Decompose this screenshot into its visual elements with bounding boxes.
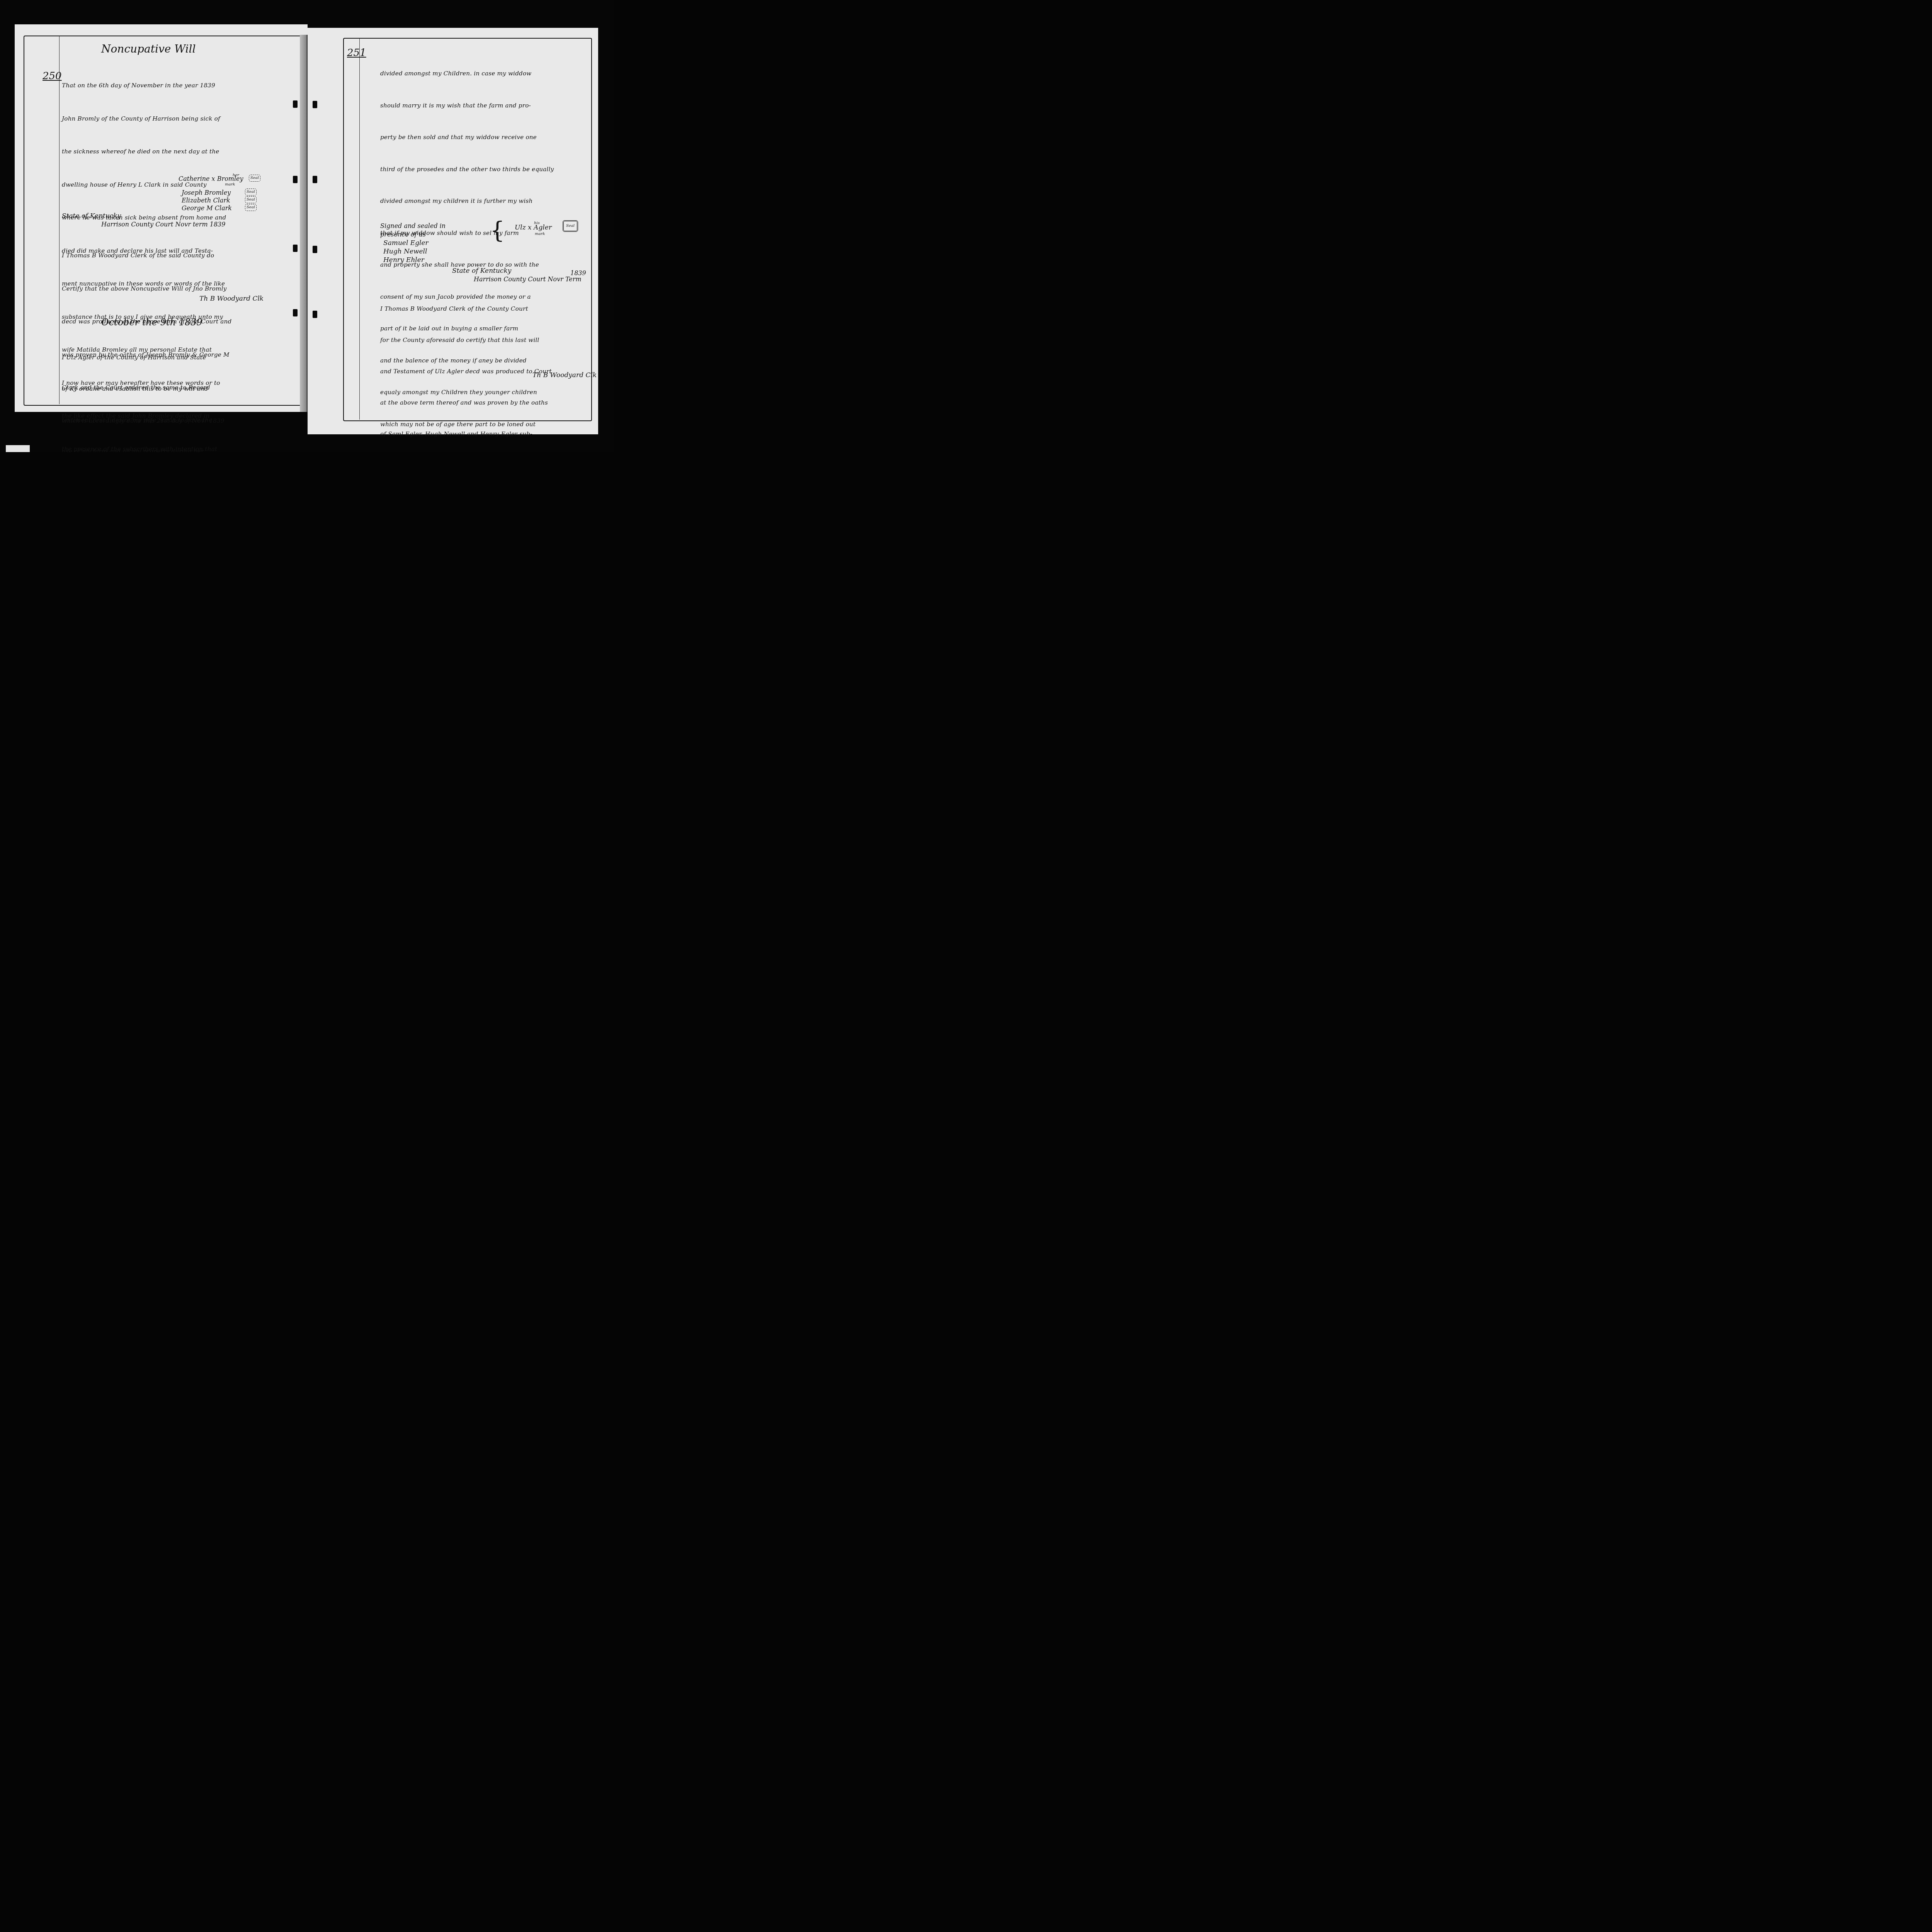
binding-hole-icon bbox=[313, 246, 317, 253]
binding-hole-icon bbox=[293, 100, 298, 108]
binding-hole-icon bbox=[313, 176, 317, 183]
film-tab bbox=[6, 445, 30, 452]
will-2-body-start: I Ulz Agler of the County of Harrison an… bbox=[62, 332, 233, 452]
binding-hole-icon bbox=[293, 309, 298, 316]
clerk-signature-right: Th B Woodyard Clk bbox=[532, 371, 597, 379]
page-number-left: 250 bbox=[43, 70, 62, 82]
certificate-1-heading: State of Kentucky bbox=[62, 212, 121, 220]
certificate-2-line: of Saml Egler, Hugh Newell and Henry Egl… bbox=[380, 429, 552, 439]
certificate-2-line: I Thomas B Woodyard Clerk of the County … bbox=[380, 304, 552, 314]
will-2-line: third of the prosedes and the other two … bbox=[380, 164, 554, 175]
certificate-2-line: for the County aforesaid do certify that… bbox=[380, 335, 552, 345]
right-margin-rule bbox=[359, 38, 360, 420]
seal-icon: Seal bbox=[245, 204, 257, 211]
will-2-line: use of my farm and all my property durin… bbox=[62, 446, 233, 452]
signature-joseph-bromley: Joseph Bromley bbox=[182, 189, 231, 197]
certificate-2-line: at the above term thereof and was proven… bbox=[380, 398, 552, 408]
page-number-right: 251 bbox=[347, 47, 366, 59]
will-2-date-heading: October the 9th 1839 bbox=[101, 317, 202, 328]
will-2-line: divided amongst my Children. in case my … bbox=[380, 68, 554, 79]
will-1-line: the sickness whereof he died on the next… bbox=[62, 146, 233, 157]
binding-hole-icon bbox=[293, 245, 298, 252]
witness-signature: Samuel Egler bbox=[383, 239, 429, 247]
witness-signature: Henry Ehler bbox=[383, 256, 424, 264]
seal-icon: Seal bbox=[249, 175, 260, 182]
certificate-1-subheading: Harrison County Court Novr term 1839 bbox=[101, 220, 225, 229]
will-1-line: That on the 6th day of November in the y… bbox=[62, 80, 233, 91]
will-2-line: of Ky ordane and esablish this to be my … bbox=[62, 384, 233, 394]
signature-george-clark: George M Clark bbox=[182, 204, 232, 213]
certificate-2-body: I Thomas B Woodyard Clerk of the County … bbox=[380, 283, 552, 452]
clerk-signature-left: Th B Woodyard Clk bbox=[199, 294, 264, 303]
witness-signature: Hugh Newell bbox=[383, 247, 427, 256]
binding-hole-icon bbox=[293, 176, 298, 183]
will-2-line: testiment first I desire my wife Sarah t… bbox=[62, 415, 233, 425]
certificate-1-line: I Thomas B Woodyard Clerk of the said Co… bbox=[62, 250, 231, 261]
signature-ulz-agler: Ulz x Agler bbox=[515, 223, 552, 232]
left-margin-rule bbox=[59, 36, 60, 404]
ledger-scan: 250 Noncupative Will That on the 6th day… bbox=[0, 0, 614, 452]
binding-gutter bbox=[300, 35, 308, 412]
binding-hole-icon bbox=[313, 101, 317, 108]
signed-sealed-line: Signed and sealed in bbox=[380, 222, 446, 230]
signature-note-mark: mark bbox=[535, 230, 545, 238]
certificate-2-subheading: Harrison County Court Novr Term bbox=[474, 275, 582, 284]
will-2-line: should marry it is my wish that the farm… bbox=[380, 100, 554, 111]
brace-icon: { bbox=[490, 219, 505, 242]
signature-note-mark: mark bbox=[225, 180, 235, 189]
certificate-2-line: and Testament of Ulz Agler decd was prod… bbox=[380, 366, 552, 377]
certificate-2-heading: State of Kentucky bbox=[452, 267, 511, 275]
will-1-line: John Bromly of the County of Harrison be… bbox=[62, 113, 233, 124]
certificate-1-line: Certify that the above Noncupative Will … bbox=[62, 283, 231, 294]
will-2-line: perty be then sold and that my widdow re… bbox=[380, 132, 554, 143]
signed-sealed-line: presence of us bbox=[380, 230, 426, 239]
seal-icon: Seal bbox=[245, 196, 257, 203]
will-1-title: Noncupative Will bbox=[101, 43, 196, 55]
seal-icon: Seal bbox=[245, 189, 257, 196]
will-2-line: I Ulz Agler of the County of Harrison an… bbox=[62, 352, 233, 363]
will-2-line: divided amongst my children it is furthe… bbox=[380, 196, 554, 207]
signature-elizabeth-clark: Elizabeth Clark bbox=[182, 196, 230, 205]
seal-icon: Seal bbox=[563, 220, 578, 232]
binding-hole-icon bbox=[313, 311, 317, 318]
